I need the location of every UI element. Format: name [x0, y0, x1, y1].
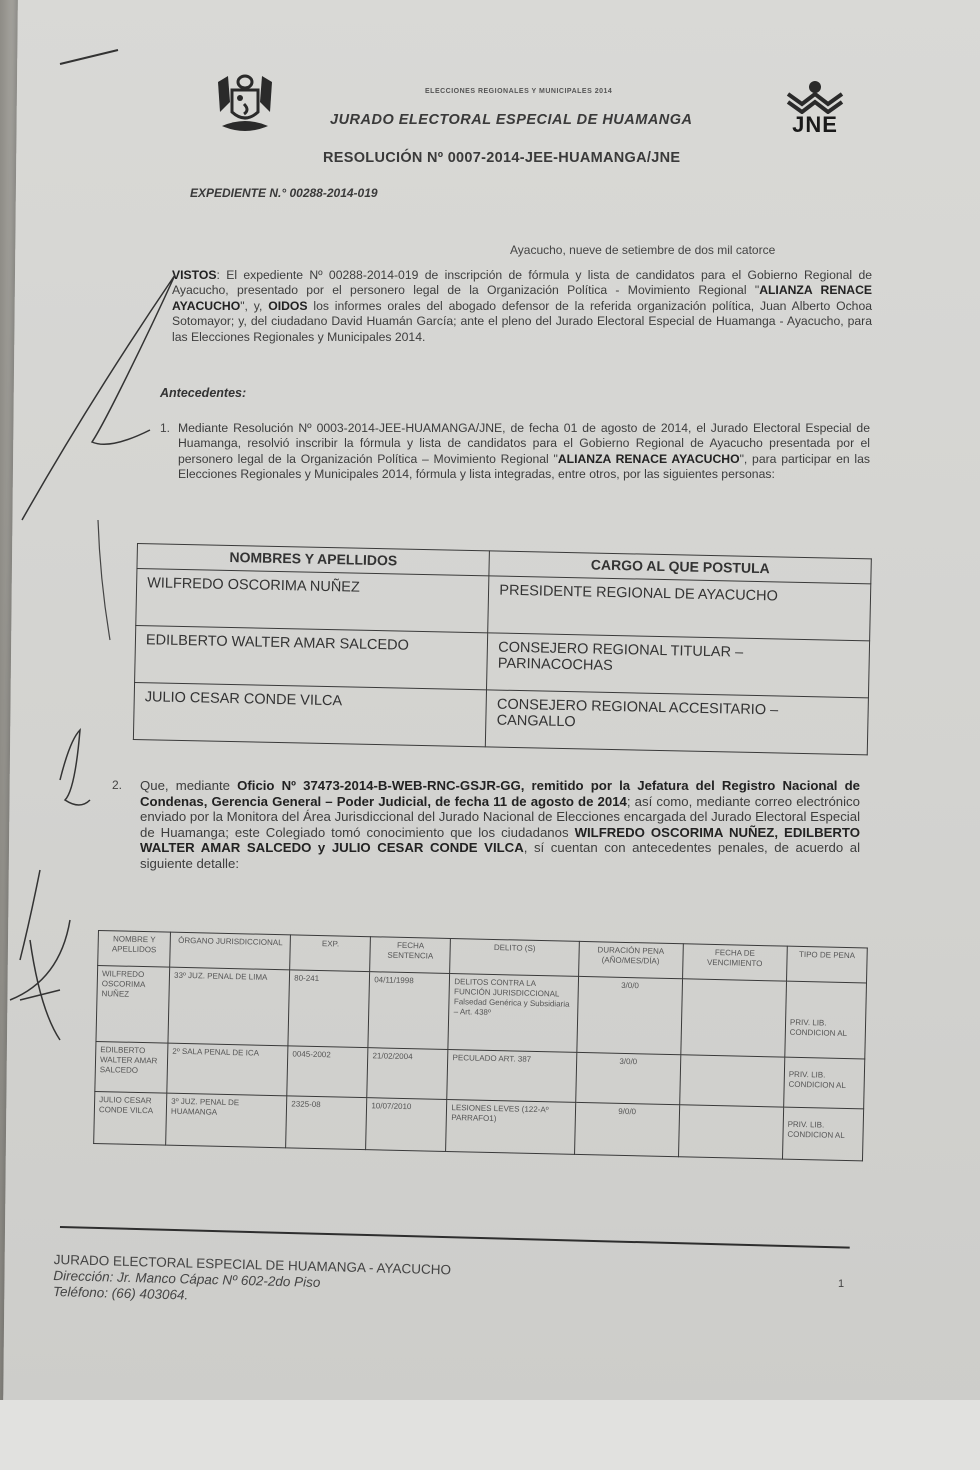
column-header: NOMBRE Y APELLIDOS — [98, 931, 171, 968]
cell: PRIV. LIB. CONDICION AL — [785, 981, 867, 1059]
jne-logo: JNE — [780, 80, 850, 140]
cell: 2325-08 — [286, 1096, 367, 1150]
cell: PECULADO ART. 387 — [447, 1049, 576, 1102]
column-header: TIPO DE PENA — [786, 946, 867, 983]
cell — [681, 979, 787, 1057]
column-header: DELITO (S) — [450, 939, 579, 977]
cell: PRIV. LIB. CONDICION AL — [784, 1057, 865, 1109]
cell: LESIONES LEVES (122-Aº PARRAFO1) — [446, 1099, 575, 1154]
candidate-position: CONSEJERO REGIONAL TITULAR – PARINACOCHA… — [487, 633, 870, 698]
page-number: 1 — [838, 1278, 844, 1290]
date-line: Ayacucho, nueve de setiembre de dos mil … — [510, 243, 775, 257]
page-below — [0, 1400, 980, 1470]
cell: 21/02/2004 — [367, 1048, 448, 1100]
cell: JULIO CESAR CONDE VILCA — [94, 1091, 167, 1145]
cell: 04/11/1998 — [368, 972, 450, 1050]
cell: 9/0/0 — [574, 1102, 679, 1156]
candidate-position: CONSEJERO REGIONAL ACCESITARIO – CANGALL… — [486, 690, 869, 755]
column-header: FECHA DE VENCIMIENTO — [682, 944, 787, 981]
expediente-number: EXPEDIENTE N.° 00288-2014-019 — [190, 186, 378, 200]
column-header: ÓRGANO JURISDICCIONAL — [170, 932, 291, 970]
cell: 2º SALA PENAL DE ICA — [167, 1043, 288, 1096]
column-header: EXP. — [290, 935, 371, 972]
candidate-position: PRESIDENTE REGIONAL DE AYACUCHO — [488, 576, 871, 641]
coat-of-arms-icon — [210, 72, 280, 138]
antecedente-1-paragraph: Mediante Resolución Nº 0003-2014-JEE-HUA… — [178, 421, 870, 483]
candidate-name: WILFREDO OSCORIMA NUÑEZ — [136, 569, 489, 633]
antecedente-2-paragraph: Que, mediante Oficio Nº 37473-2014-B-WEB… — [140, 778, 860, 872]
election-kicker: ELECCIONES REGIONALES Y MUNICIPALES 2014 — [425, 88, 612, 95]
criminal-record-table: NOMBRE Y APELLIDOS ÓRGANO JURISDICCIONAL… — [93, 930, 868, 1161]
jne-logo-text: JNE — [780, 112, 850, 138]
jne-emblem-icon — [780, 80, 850, 114]
cell: 0045-2002 — [287, 1046, 368, 1098]
cell: 3/0/0 — [575, 1052, 680, 1104]
candidate-name: EDILBERTO WALTER AMAR SALCEDO — [135, 625, 488, 689]
party-name: ALIANZA RENACE AYACUCHO — [558, 452, 740, 466]
cell: 33º JUZ. PENAL DE LIMA — [168, 967, 290, 1046]
cell — [678, 1105, 783, 1159]
candidate-name: JULIO CESAR CONDE VILCA — [133, 682, 486, 746]
institution-title: JURADO ELECTORAL ESPECIAL DE HUAMANGA — [330, 112, 693, 128]
candidates-table: NOMBRES Y APELLIDOS CARGO AL QUE POSTULA… — [133, 543, 872, 755]
antecedentes-heading: Antecedentes: — [160, 386, 246, 400]
column-header: FECHA SENTENCIA — [370, 937, 451, 974]
cell: 10/07/2010 — [366, 1098, 447, 1152]
vistos-lead: VISTOS — [172, 268, 216, 282]
oidos-lead: OIDOS — [268, 299, 307, 313]
resolution-number: RESOLUCIÓN Nº 0007-2014-JEE-HUAMANGA/JNE — [323, 150, 680, 166]
cell: DELITOS CONTRA LA FUNCIÓN JURISDICCIONAL… — [448, 973, 578, 1052]
vistos-paragraph: VISTOS: El expediente Nº 00288-2014-019 … — [172, 268, 872, 345]
item-number: 1. — [160, 421, 170, 435]
cell: WILFREDO OSCORIMA NUÑEZ — [96, 966, 170, 1044]
cell: 80-241 — [288, 970, 370, 1048]
column-header: DURACIÓN PENA (AÑO/MES/DÍA) — [578, 941, 683, 978]
item-number: 2. — [112, 778, 122, 792]
cell: 3/0/0 — [576, 976, 682, 1054]
cell: 3º JUZ. PENAL DE HUAMANGA — [166, 1093, 287, 1148]
cell: PRIV. LIB. CONDICION AL — [782, 1107, 863, 1161]
cell: EDILBERTO WALTER AMAR SALCEDO — [95, 1041, 168, 1093]
cell — [679, 1055, 784, 1107]
